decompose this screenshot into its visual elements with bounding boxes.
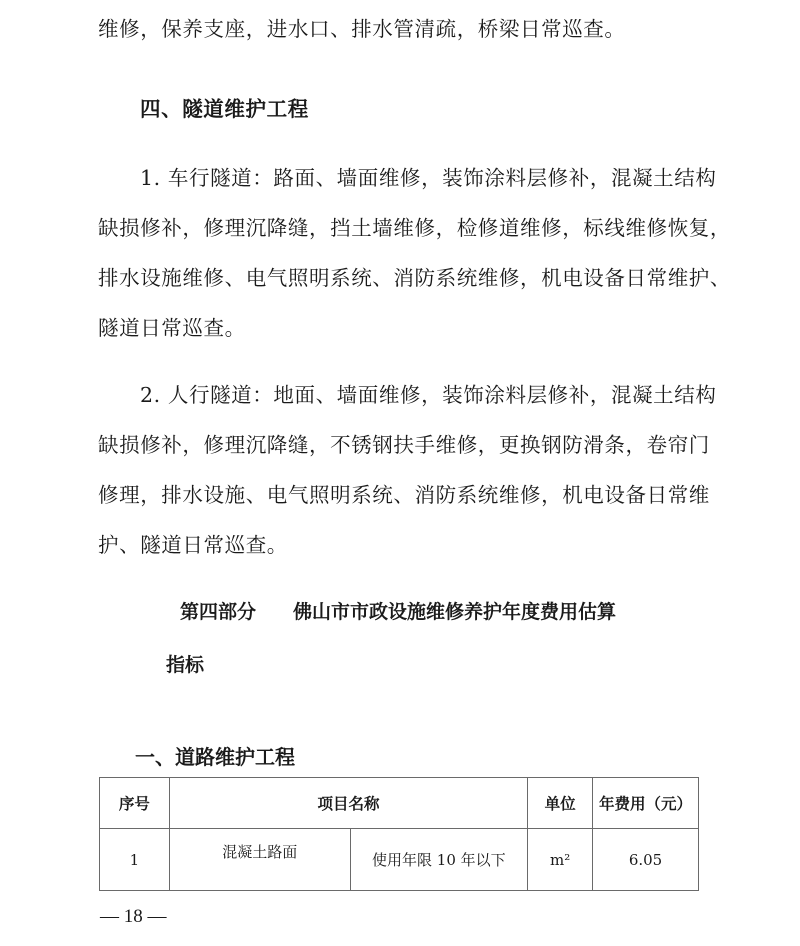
part-title-line1: 佛山市市政设施维修养护年度费用估算	[293, 597, 616, 624]
paragraph-pedestrian-tunnel-line2: 缺损修补，修理沉降缝，不锈钢扶手维修，更换钢防滑条，卷帘门	[98, 428, 710, 458]
cell-item-name: 混凝土路面	[169, 829, 350, 891]
part-title-line2: 指标	[166, 650, 204, 677]
paragraph-pedestrian-tunnel-line1: 2. 人行隧道：地面、墙面维修，装饰涂料层修补，混凝土结构	[140, 378, 716, 408]
table-header-row: 序号 项目名称 单位 年费用（元）	[100, 778, 699, 829]
cell-index: 1	[100, 829, 170, 891]
paragraph-bridge-end: 维修，保养支座，进水口、排水管清疏，桥梁日常巡查。	[98, 12, 626, 42]
header-unit: 单位	[528, 778, 593, 829]
paragraph-pedestrian-tunnel-line4: 护、隧道日常巡查。	[98, 528, 288, 558]
header-index: 序号	[100, 778, 170, 829]
paragraph-pedestrian-tunnel-line3: 修理，排水设施、电气照明系统、消防系统维修，机电设备日常维	[98, 478, 710, 508]
header-annual-cost: 年费用（元）	[593, 778, 699, 829]
paragraph-vehicle-tunnel-line2: 缺损修补，修理沉降缝，挡土墙维修，检修道维修，标线维修恢复，	[98, 211, 731, 241]
cell-annual-cost: 6.05	[593, 829, 699, 891]
section-heading-road: 一、道路维护工程	[135, 741, 295, 770]
paragraph-vehicle-tunnel-line1: 1. 车行隧道：路面、墙面维修，装饰涂料层修补，混凝土结构	[140, 161, 716, 191]
cell-condition: 使用年限 10 年以下	[350, 829, 528, 891]
table-row: 1 混凝土路面 使用年限 10 年以下 m² 6.05	[100, 829, 699, 891]
header-item-name: 项目名称	[169, 778, 527, 829]
paragraph-vehicle-tunnel-line3: 排水设施维修、电气照明系统、消防系统维修，机电设备日常维护、	[98, 261, 731, 291]
part-label: 第四部分	[180, 597, 256, 624]
cost-table: 序号 项目名称 单位 年费用（元） 1 混凝土路面 使用年限 10 年以下 m²…	[99, 777, 699, 891]
paragraph-vehicle-tunnel-line4: 隧道日常巡查。	[98, 311, 246, 341]
cell-unit: m²	[528, 829, 593, 891]
section-heading-tunnel: 四、隧道维护工程	[140, 92, 309, 122]
page-number: — 18 —	[100, 906, 167, 928]
